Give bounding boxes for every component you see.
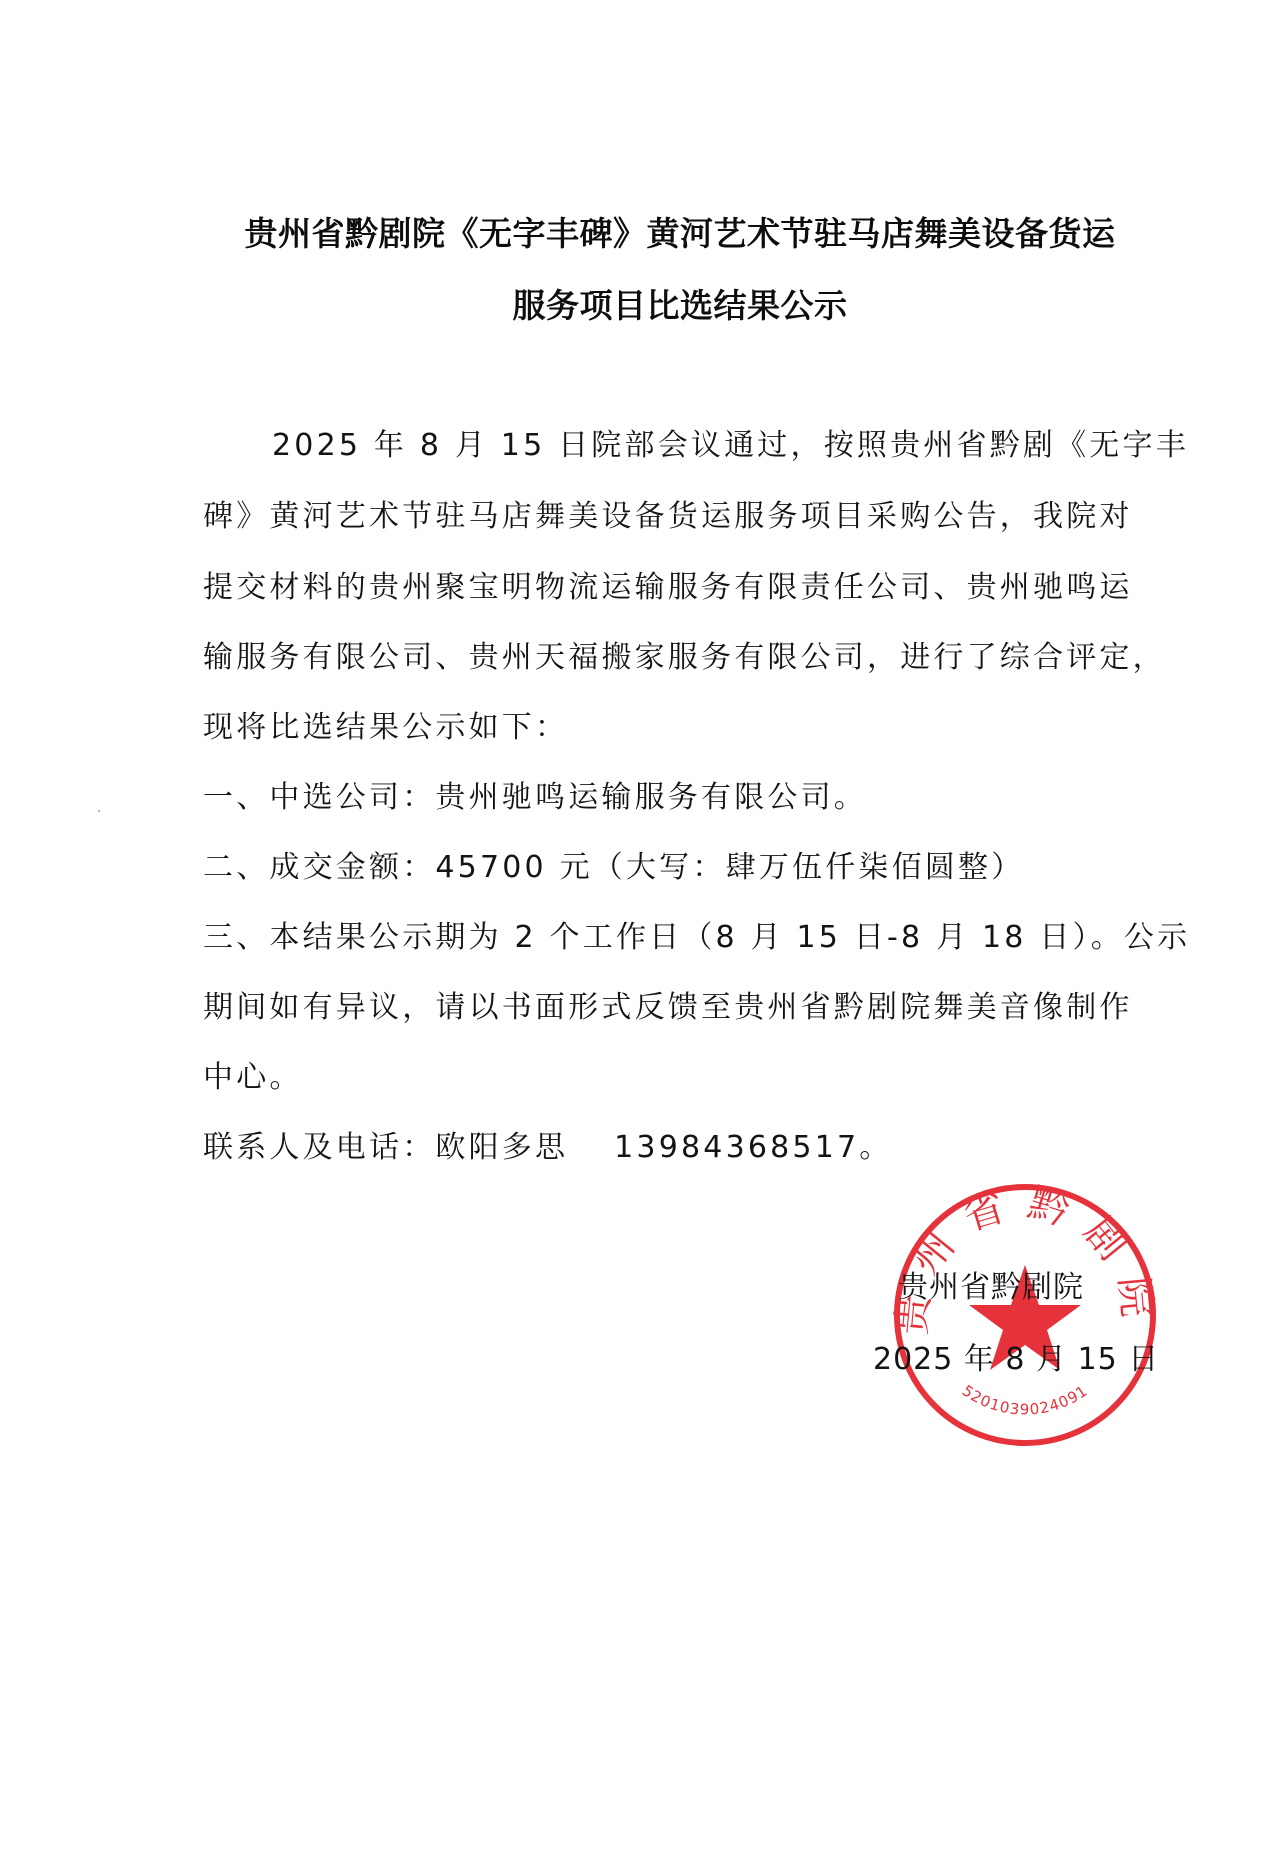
- document-title-line-1: 贵州省黔剧院《无字丰碑》黄河艺术节驻马店舞美设备货运: [200, 208, 1160, 255]
- seal-icon: 贵州省黔剧院 5201039024091: [890, 1180, 1160, 1450]
- official-seal-stamp: 贵州省黔剧院 5201039024091: [890, 1180, 1160, 1450]
- body-line-1: 2025 年 8 月 15 日院部会议通过，按照贵州省黔剧《无字丰: [272, 420, 1189, 464]
- item-transaction-amount: 二、成交金额：45700 元（大写：肆万伍仟柒佰圆整）: [203, 842, 1024, 886]
- body-line-2: 碑》黄河艺术节驻马店舞美设备货运服务项目采购公告，我院对: [203, 491, 1133, 535]
- item-publicity-period-cont: 期间如有异议，请以书面形式反馈至贵州省黔剧院舞美音像制作: [203, 982, 1133, 1026]
- scan-speck: [98, 810, 100, 812]
- body-line-4: 输服务有限公司、贵州天福搬家服务有限公司，进行了综合评定，: [203, 632, 1166, 676]
- signature-organization: 贵州省黔剧院: [898, 1262, 1084, 1306]
- contact-line: 联系人及电话：欧阳多思 13984368517。: [203, 1122, 893, 1166]
- item-publicity-period: 三、本结果公示期为 2 个工作日（8 月 15 日-8 月 18 日）。公示: [203, 912, 1190, 956]
- item-publicity-period-end: 中心。: [203, 1052, 303, 1096]
- body-line-5: 现将比选结果公示如下：: [203, 702, 568, 746]
- item-selected-company: 一、中选公司：贵州驰鸣运输服务有限公司。: [203, 772, 867, 816]
- svg-text:5201039024091: 5201039024091: [959, 1381, 1091, 1418]
- document-title-line-2: 服务项目比选结果公示: [200, 280, 1160, 327]
- document-page: 贵州省黔剧院《无字丰碑》黄河艺术节驻马店舞美设备货运 服务项目比选结果公示 20…: [0, 0, 1280, 1850]
- body-line-3: 提交材料的贵州聚宝明物流运输服务有限责任公司、贵州驰鸣运: [203, 562, 1133, 606]
- signature-date: 2025 年 8 月 15 日: [873, 1334, 1159, 1378]
